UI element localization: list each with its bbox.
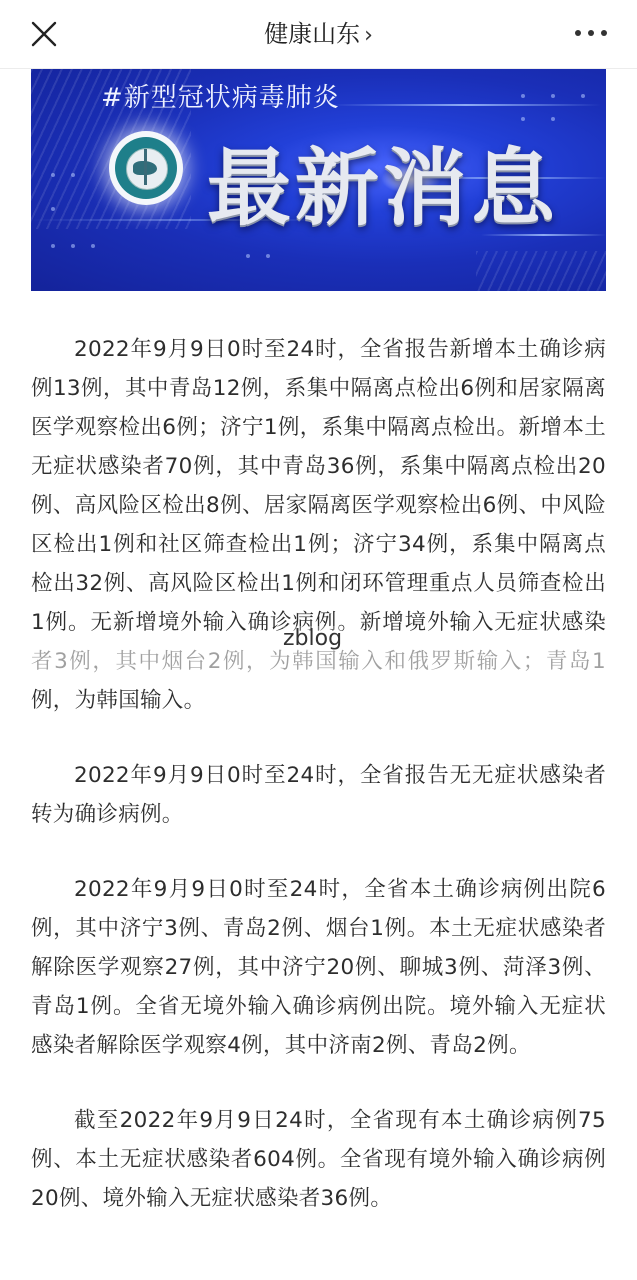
decorative-dot <box>91 244 95 248</box>
decorative-dot <box>581 94 585 98</box>
more-dots-icon <box>575 30 581 36</box>
account-title-link[interactable]: 健康山东› <box>0 18 637 52</box>
decorative-dot <box>71 244 75 248</box>
header-banner-image: #新型冠状病毒肺炎 最新消息 <box>31 69 606 291</box>
decorative-dot <box>51 173 55 177</box>
watermark-text: zblog <box>283 626 342 651</box>
banner-hashtag: #新型冠状病毒肺炎 <box>101 77 340 114</box>
article-paragraph: 2022年9月9日0时至24时，全省报告无无症状感染者转为确诊病例。 <box>31 756 606 834</box>
decorative-dot <box>246 254 250 258</box>
health-commission-logo <box>109 131 183 205</box>
article-paragraph: 2022年9月9日0时至24时，全省本土确诊病例出院6例，其中济宁3例、青岛2例… <box>31 870 606 1065</box>
article-paragraph: 2022年9月9日0时至24时，全省报告新增本土确诊病例13例，其中青岛12例，… <box>31 330 606 720</box>
chevron-right-icon: › <box>364 23 373 48</box>
decorative-dot <box>266 254 270 258</box>
article-paragraph: 截至2022年9月9日24时，全省现有本土确诊病例75例、本土无症状感染者604… <box>31 1101 606 1218</box>
decorative-stripes <box>476 251 606 291</box>
decorative-dot <box>551 94 555 98</box>
decorative-line <box>331 104 601 106</box>
article-body: 2022年9月9日0时至24时，全省报告新增本土确诊病例13例，其中青岛12例，… <box>31 330 606 1254</box>
decorative-dot <box>51 244 55 248</box>
more-options-button[interactable] <box>575 30 609 40</box>
more-dots-icon <box>588 30 594 36</box>
banner-headline: 最新消息 <box>207 121 559 242</box>
top-navigation-bar: 健康山东› <box>0 0 637 69</box>
more-dots-icon <box>601 30 607 36</box>
account-name: 健康山东 <box>264 20 360 48</box>
decorative-dot <box>71 173 75 177</box>
medical-staff-icon <box>144 149 147 185</box>
decorative-dot <box>51 207 55 211</box>
decorative-dot <box>521 94 525 98</box>
